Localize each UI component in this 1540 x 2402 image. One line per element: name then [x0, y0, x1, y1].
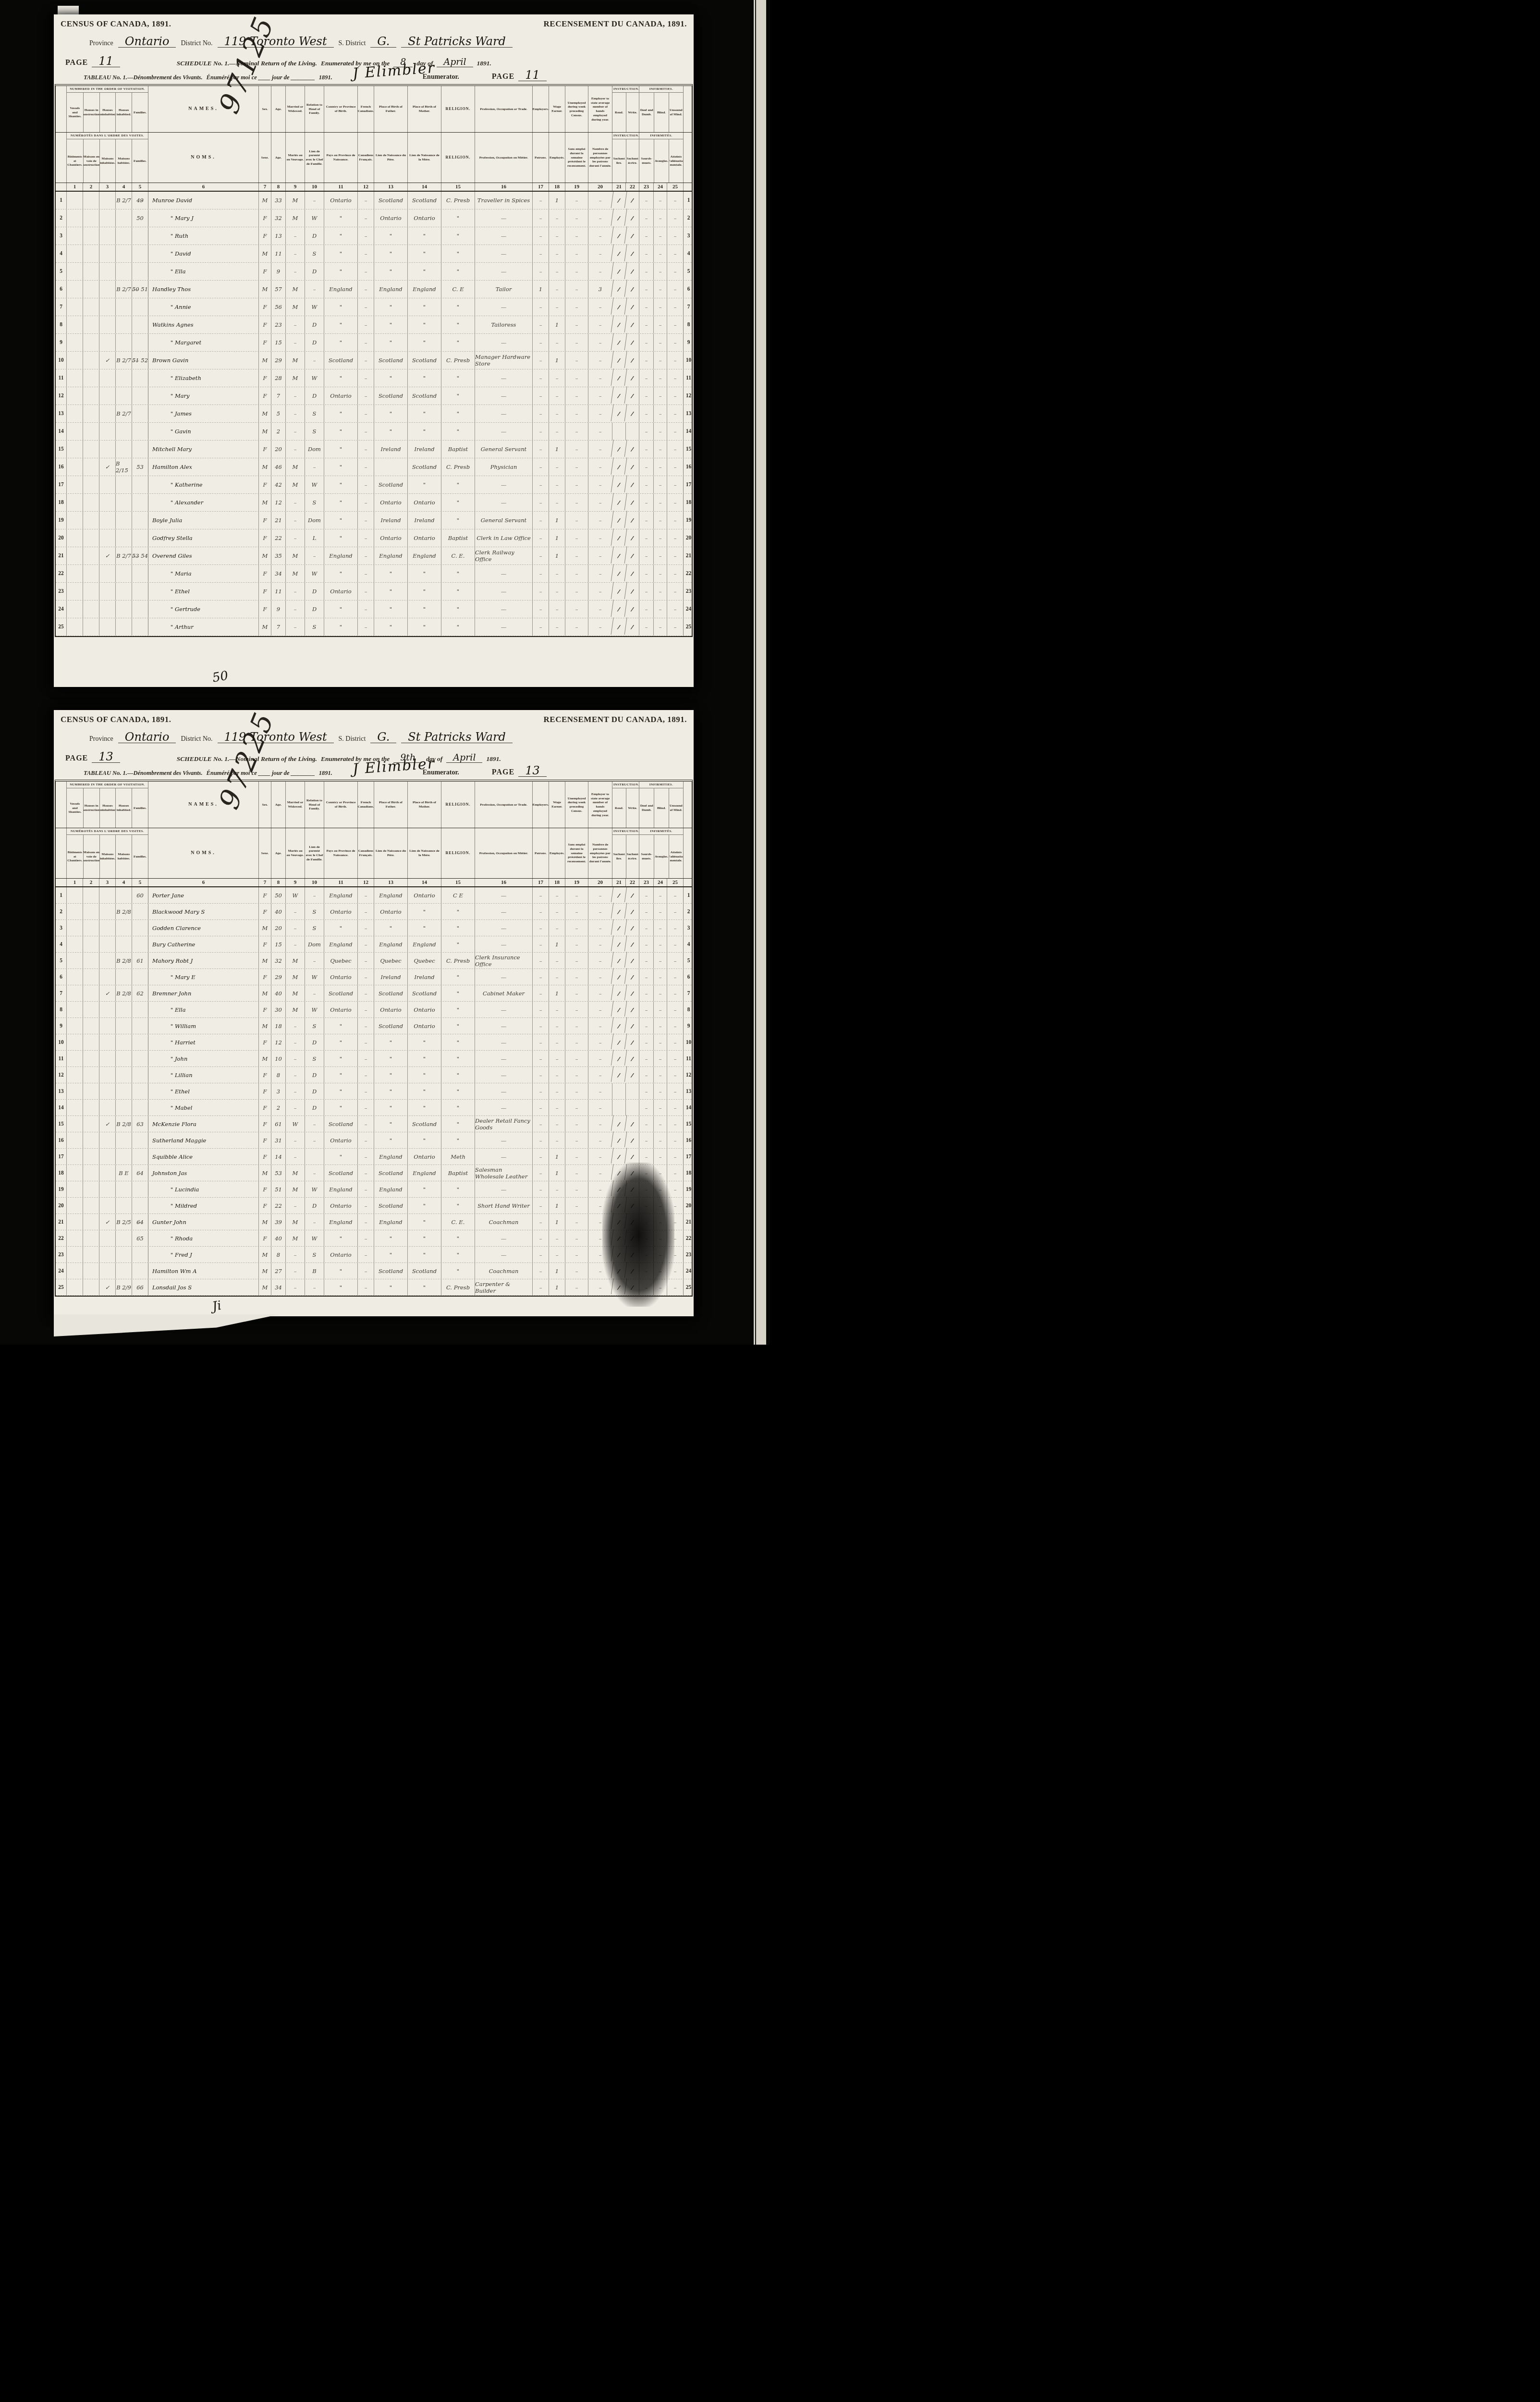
entry-col-5: [132, 369, 148, 387]
row-number-left: 19: [56, 512, 66, 529]
entry-col-21: [612, 1083, 625, 1099]
entry-col-2: [83, 441, 99, 458]
entry-col-4: B 2/7: [115, 405, 132, 422]
entry-col-24: –: [653, 352, 667, 369]
entry-col-9: M: [285, 547, 305, 564]
column-number: 2: [83, 183, 99, 191]
row-number-right: 22: [683, 565, 694, 582]
entry-col-14: Ontario: [407, 887, 441, 903]
column-number: 6: [148, 183, 258, 191]
entry-col-19: –: [565, 1181, 588, 1197]
entry-col-25: –: [667, 1067, 683, 1083]
row-number-left: 18: [56, 494, 66, 511]
entry-col-4: [115, 920, 132, 936]
entry-col-19: –: [565, 1018, 588, 1034]
entry-col-3: [99, 441, 115, 458]
row-number-left: 6: [56, 281, 66, 298]
entry-col-10: –: [305, 1279, 324, 1295]
row-number-left: 3: [56, 920, 66, 936]
entry-col-4: [115, 263, 132, 280]
entry-col-14: Scotland: [407, 192, 441, 209]
entry-col-1: [66, 1198, 83, 1213]
entry-col-2: [83, 263, 99, 280]
entry-col-14: ": [407, 904, 441, 919]
entry-col-5: [132, 245, 148, 262]
entry-col-22: ∕: [624, 368, 640, 388]
entry-col-22: ∕: [624, 1115, 640, 1133]
table-row: 6" Mary EF29MWOntario–IrelandIreland"—––…: [56, 969, 692, 985]
row-number-right: 22: [683, 1230, 694, 1246]
entry-col-17: –: [532, 1165, 549, 1181]
entry-col-4: [115, 512, 132, 529]
entry-col-14: ": [407, 1181, 441, 1197]
entry-col-16: —: [475, 1002, 532, 1017]
entry-col-12: –: [357, 1214, 374, 1230]
entry-col-15: C. Presb: [441, 192, 475, 209]
entry-col-13: Ontario: [374, 209, 407, 227]
entry-col-11: Ontario: [324, 1002, 357, 1017]
entry-col-8: 12: [271, 1034, 285, 1050]
entry-col-2: [83, 387, 99, 404]
entry-col-2: [83, 209, 99, 227]
province-district-line: ProvinceOntarioDistrict No.119 Toronto W…: [89, 36, 672, 48]
col-header-18-en: Wage Earner.: [549, 86, 565, 132]
province-label: Province: [89, 735, 113, 743]
entry-col-5: 64: [132, 1165, 148, 1181]
entry-col-2: [83, 512, 99, 529]
entry-col-6: Sutherland Maggie: [148, 1132, 258, 1148]
entry-col-4: [115, 209, 132, 227]
entry-col-24: –: [653, 936, 667, 952]
entry-col-11: ": [324, 245, 357, 262]
entry-col-24: –: [653, 600, 667, 618]
entry-col-23: –: [639, 298, 653, 316]
entry-col-7: M: [258, 920, 271, 936]
entry-col-1: [66, 209, 83, 227]
entry-col-5: [132, 1051, 148, 1066]
entry-col-20: –: [588, 529, 612, 547]
entry-col-5: [132, 1132, 148, 1148]
entry-col-22: ∕: [624, 1066, 640, 1084]
entry-col-15: ": [441, 1002, 475, 1017]
entry-col-4: [115, 441, 132, 458]
table-row: 15Mitchell MaryF20–Dom"–IrelandIrelandBa…: [56, 441, 692, 458]
row-number-right: 21: [683, 547, 694, 564]
entry-col-4: B 2/8: [115, 985, 132, 1001]
row-number-left: 12: [56, 1067, 66, 1083]
entry-col-13: ": [374, 423, 407, 440]
col-header-24-en: Blind.: [654, 93, 668, 132]
entry-col-20: –: [588, 458, 612, 476]
entry-col-2: [83, 334, 99, 351]
entry-col-15: C. Presb: [441, 1279, 475, 1295]
infirmities-group-title: INFIRMITÉS.: [639, 828, 683, 835]
entry-col-13: ": [374, 1083, 407, 1099]
entry-col-25: –: [667, 512, 683, 529]
entry-col-5: 4̶9̶: [132, 192, 148, 209]
entry-col-23: –: [639, 1034, 653, 1050]
entry-col-25: –: [667, 352, 683, 369]
province-value: Ontario: [118, 731, 176, 743]
entry-col-4: B 2/5: [115, 1214, 132, 1230]
entry-col-25: –: [667, 920, 683, 936]
entry-col-5: [132, 1247, 148, 1262]
entry-col-11: Ontario: [324, 387, 357, 404]
infirmities-group-en: INFIRMITIES.Deaf and Dumb.Blind.Unsound …: [639, 86, 683, 132]
entry-col-3: [99, 494, 115, 511]
col-header-21-en: Read.: [612, 788, 626, 828]
entry-col-7: F: [258, 209, 271, 227]
visitation-group-en: NUMBERED IN THE ORDER OF VISITATION.Vess…: [66, 86, 148, 132]
col-header-10-fr: Lien de parenté avec le Chef de Famille.: [305, 828, 324, 878]
entry-col-13: Ireland: [374, 969, 407, 985]
table-header-band-fr: NUMÉROTÉS DANS L'ORDRE DES VISITES.Bâtim…: [56, 133, 692, 183]
entry-col-23: –: [639, 1132, 653, 1148]
entry-col-17: –: [532, 985, 549, 1001]
entry-col-1: [66, 227, 83, 245]
entry-col-10: D: [305, 387, 324, 404]
entry-col-12: –: [357, 316, 374, 333]
entry-col-25: –: [667, 969, 683, 985]
entry-col-4: B 2/15: [115, 458, 132, 476]
page-label-left: PAGE: [65, 59, 88, 67]
entry-col-10: W: [305, 476, 324, 493]
row-number-right: 16: [683, 1132, 694, 1148]
entry-col-16: —: [475, 494, 532, 511]
entry-col-13: Scotland: [374, 1018, 407, 1034]
entry-col-18: –: [549, 1002, 565, 1017]
entry-col-7: F: [258, 1034, 271, 1050]
entry-col-18: 1: [549, 316, 565, 333]
row-number-left: 18: [56, 1165, 66, 1181]
entry-col-15: ": [441, 316, 475, 333]
col-header-7-fr: Sexe.: [258, 828, 271, 878]
entry-col-4: [115, 298, 132, 316]
entry-col-8: 56: [271, 298, 285, 316]
entry-col-2: [83, 298, 99, 316]
entry-col-6: " Fred J: [148, 1247, 258, 1262]
entry-col-16: —: [475, 1132, 532, 1148]
col-header-5-fr: Familles.: [132, 835, 148, 878]
entry-col-17: –: [532, 618, 549, 636]
col-header-23-fr: Sourds-muets.: [639, 835, 654, 878]
entry-col-4: [115, 1083, 132, 1099]
entry-col-4: [115, 1051, 132, 1066]
entry-col-17: –: [532, 494, 549, 511]
entry-col-7: F: [258, 1181, 271, 1197]
entry-col-2: [83, 423, 99, 440]
entry-col-10: [305, 1149, 324, 1164]
entry-col-14: ": [407, 1198, 441, 1213]
entry-col-17: 1: [532, 281, 549, 298]
entry-col-4: B 2/7: [115, 352, 132, 369]
col-header-2-fr: Maisons en voie de construction.: [83, 835, 99, 878]
entry-col-5: [132, 1198, 148, 1213]
entry-col-6: Godden Clarence: [148, 920, 258, 936]
entry-col-1: [66, 1116, 83, 1132]
entry-col-21: [612, 423, 625, 440]
entry-col-19: –: [565, 441, 588, 458]
entry-col-15: C. Presb: [441, 953, 475, 968]
entry-col-10: –: [305, 953, 324, 968]
entry-col-20: –: [588, 209, 612, 227]
entry-col-7: M: [258, 458, 271, 476]
entry-col-19: –: [565, 1034, 588, 1050]
entry-col-14: ": [407, 227, 441, 245]
entry-col-23: –: [639, 209, 653, 227]
entry-col-8: 22: [271, 1198, 285, 1213]
entry-col-8: 53: [271, 1165, 285, 1181]
entry-col-19: –: [565, 352, 588, 369]
entry-col-9: –: [285, 1247, 305, 1262]
entry-col-12: –: [357, 298, 374, 316]
visitation-group-title: NUMBERED IN THE ORDER OF VISITATION.: [67, 86, 148, 93]
entry-col-14: ": [407, 1067, 441, 1083]
entry-col-6: " Elizabeth: [148, 369, 258, 387]
entry-col-16: —: [475, 298, 532, 316]
entry-col-7: F: [258, 334, 271, 351]
entry-col-4: [115, 227, 132, 245]
row-number-left: 22: [56, 565, 66, 582]
instruction-group-title: INSTRUCTION.: [612, 133, 639, 139]
entry-col-12: –: [357, 334, 374, 351]
entry-col-19: –: [565, 1100, 588, 1115]
entry-col-10: –: [305, 1116, 324, 1132]
entry-col-16: Dealer Retail Fancy Goods: [475, 1116, 532, 1132]
entry-col-4: [115, 529, 132, 547]
entry-col-7: F: [258, 263, 271, 280]
entry-col-23: –: [639, 245, 653, 262]
entry-col-7: M: [258, 1279, 271, 1295]
table-row: 23" Fred JM8–SOntario–"""—––––∕∕–––23: [56, 1247, 692, 1263]
table-row: 12" MaryF7–DOntario–ScotlandScotland"—––…: [56, 387, 692, 405]
entry-col-6: Lonsdail Jos S: [148, 1279, 258, 1295]
entry-col-11: ": [324, 405, 357, 422]
entry-col-10: W: [305, 1230, 324, 1246]
entry-col-1: [66, 316, 83, 333]
entry-col-12: –: [357, 1230, 374, 1246]
entry-col-3: [99, 227, 115, 245]
entry-col-17: –: [532, 887, 549, 903]
entry-col-20: –: [588, 1051, 612, 1066]
entry-col-16: Manager Hardware Store: [475, 352, 532, 369]
entry-col-22: [625, 1083, 639, 1099]
table-row: 18B E64Johnston JasM53M–Scotland–Scotlan…: [56, 1165, 692, 1181]
entry-col-6: " Ella: [148, 263, 258, 280]
entry-col-7: F: [258, 1149, 271, 1164]
entry-col-16: —: [475, 565, 532, 582]
entry-col-23: –: [639, 352, 653, 369]
entry-col-13: Scotland: [374, 985, 407, 1001]
row-number-right: 19: [683, 1181, 694, 1197]
row-number-right: 19: [683, 512, 694, 529]
column-number: 20: [588, 183, 612, 191]
entry-col-15: ": [441, 1181, 475, 1197]
entry-col-15: ": [441, 227, 475, 245]
entry-col-2: [83, 936, 99, 952]
table-row: 23" EthelF11–DOntario–"""—––––∕∕–––23: [56, 583, 692, 600]
entry-col-10: –: [305, 458, 324, 476]
col-header-4-en: Houses inhabited.: [115, 93, 132, 132]
entry-col-1: [66, 1230, 83, 1246]
row-number-left: 14: [56, 423, 66, 440]
entry-col-12: –: [357, 1083, 374, 1099]
entry-col-7: M: [258, 423, 271, 440]
entry-col-3: [99, 1100, 115, 1115]
entry-col-17: –: [532, 1214, 549, 1230]
col-header-1-fr: Bâtiments et Chantiers.: [67, 835, 83, 878]
entry-col-25: –: [667, 192, 683, 209]
infirmities-group-en: INFIRMITIES.Deaf and Dumb.Blind.Unsound …: [639, 782, 683, 828]
entry-col-6: " Ruth: [148, 227, 258, 245]
entry-col-12: –: [357, 263, 374, 280]
province-value: Ontario: [118, 36, 176, 48]
entry-col-12: –: [357, 953, 374, 968]
entry-col-7: M: [258, 494, 271, 511]
col-header-12-en: French Canadians.: [357, 86, 374, 132]
entry-col-17: –: [532, 1034, 549, 1050]
entry-col-6: Blackwood Mary S: [148, 904, 258, 919]
entry-col-8: 2: [271, 1100, 285, 1115]
table-row: 11" ElizabethF28MW"–"""—––––∕∕–––11: [56, 369, 692, 387]
entry-col-6: " Lillian: [148, 1067, 258, 1083]
entry-col-6: " Gertrude: [148, 600, 258, 618]
entry-col-3: [99, 1198, 115, 1213]
entry-col-19: –: [565, 494, 588, 511]
entry-col-16: —: [475, 969, 532, 985]
entry-col-13: Ontario: [374, 529, 407, 547]
entry-col-16: —: [475, 476, 532, 493]
entry-col-23: –: [639, 476, 653, 493]
entry-col-7: F: [258, 565, 271, 582]
entry-col-24: –: [653, 209, 667, 227]
census-title-en: CENSUS OF CANADA, 1891.: [61, 19, 171, 29]
entry-col-4: [115, 387, 132, 404]
entry-col-3: ✓: [99, 1214, 115, 1230]
entry-col-12: –: [357, 969, 374, 985]
entry-col-6: " Mildred: [148, 1198, 258, 1213]
entry-col-20: –: [588, 1067, 612, 1083]
entry-col-10: S: [305, 1018, 324, 1034]
entry-col-1: [66, 1132, 83, 1148]
entry-col-7: F: [258, 936, 271, 952]
entry-col-7: F: [258, 316, 271, 333]
entry-col-15: ": [441, 512, 475, 529]
entry-col-1: [66, 547, 83, 564]
entry-col-25: –: [667, 904, 683, 919]
entry-col-20: –: [588, 227, 612, 245]
schedule-title-en: SCHEDULE No. 1.—Nominal Return of the Li…: [177, 60, 317, 67]
table-header-band-en: NUMBERED IN THE ORDER OF VISITATION.Vess…: [56, 86, 692, 133]
col-header-11-fr: Pays ou Province de Naissance.: [324, 828, 357, 878]
entry-col-22: ∕: [624, 886, 640, 904]
entry-col-20: –: [588, 263, 612, 280]
entry-col-18: –: [549, 1051, 565, 1066]
entry-col-4: [115, 583, 132, 600]
col-header-10-en: Relation to Head of Family.: [305, 86, 324, 132]
entry-col-5: [132, 441, 148, 458]
infirmities-group-title: INFIRMITIES.: [639, 86, 683, 93]
table-header-band-fr: NUMÉROTÉS DANS L'ORDRE DES VISITES.Bâtim…: [56, 828, 692, 879]
entry-col-13: Scotland: [374, 476, 407, 493]
entry-col-12: –: [357, 192, 374, 209]
entry-col-17: –: [532, 1083, 549, 1099]
entry-col-23: –: [639, 583, 653, 600]
col-header-18-en: Wage Earner.: [549, 782, 565, 828]
entry-col-6: McKenzie Flora: [148, 1116, 258, 1132]
entry-col-8: 15: [271, 936, 285, 952]
column-number: 14: [407, 183, 441, 191]
entry-col-24: –: [653, 1083, 667, 1099]
page-number-left: 11: [92, 55, 120, 67]
entry-col-8: 5: [271, 405, 285, 422]
entry-col-19: –: [565, 245, 588, 262]
entry-col-6: " Harriet: [148, 1034, 258, 1050]
entry-col-11: England: [324, 281, 357, 298]
page-label-right: PAGE: [492, 73, 514, 81]
entry-col-3: [99, 904, 115, 919]
entry-col-9: –: [285, 441, 305, 458]
entry-col-2: [83, 245, 99, 262]
entry-col-24: –: [653, 476, 667, 493]
corner-cell: [683, 782, 694, 828]
col-header-19-en: Unemployed during week preceding Census.: [565, 782, 588, 828]
entry-col-20: –: [588, 547, 612, 564]
entry-col-17: –: [532, 969, 549, 985]
row-number-right: 21: [683, 1214, 694, 1230]
table-row: 9" WilliamM18–S"–ScotlandOntario"—––––∕∕…: [56, 1018, 692, 1034]
entry-col-12: –: [357, 904, 374, 919]
entry-col-13: ": [374, 1034, 407, 1050]
row-number-right: 23: [683, 583, 694, 600]
entry-col-16: —: [475, 618, 532, 636]
entry-col-13: ": [374, 227, 407, 245]
entry-col-11: ": [324, 423, 357, 440]
entry-col-5: [132, 529, 148, 547]
col-header-8-en: Age.: [271, 86, 285, 132]
entry-col-12: –: [357, 512, 374, 529]
entry-col-10: D: [305, 227, 324, 245]
entry-col-12: –: [357, 369, 374, 387]
entry-col-12: –: [357, 985, 374, 1001]
table-row: 22" MariaF34MW"–"""—––––∕∕–––22: [56, 565, 692, 583]
entry-col-4: [115, 1230, 132, 1246]
entry-col-1: [66, 512, 83, 529]
column-number: 3: [99, 183, 115, 191]
column-number: 19: [565, 879, 588, 886]
entry-col-14: Ontario: [407, 1149, 441, 1164]
column-number: 20: [588, 879, 612, 886]
row-number-left: 16: [56, 458, 66, 476]
entry-col-22: ∕: [624, 600, 640, 619]
column-number: 25: [667, 879, 683, 886]
entry-col-11: ": [324, 209, 357, 227]
table-row: 4Bury CatherineF15–DomEngland–EnglandEng…: [56, 936, 692, 953]
entry-col-8: 11: [271, 583, 285, 600]
entry-col-10: S: [305, 494, 324, 511]
entry-col-9: –: [285, 920, 305, 936]
col-header-2-en: Houses in construction.: [83, 93, 99, 132]
entry-col-6: Hamilton Alex: [148, 458, 258, 476]
entry-col-3: [99, 953, 115, 968]
entry-col-4: B 2/8: [115, 1116, 132, 1132]
visitation-group-en: NUMBERED IN THE ORDER OF VISITATION.Vess…: [66, 782, 148, 828]
entry-col-23: –: [639, 441, 653, 458]
entry-col-4: [115, 1132, 132, 1148]
entry-col-23: –: [639, 1100, 653, 1115]
entry-col-10: L: [305, 529, 324, 547]
table-row: 14" MabelF2–D"–"""—–––––––14: [56, 1100, 692, 1116]
